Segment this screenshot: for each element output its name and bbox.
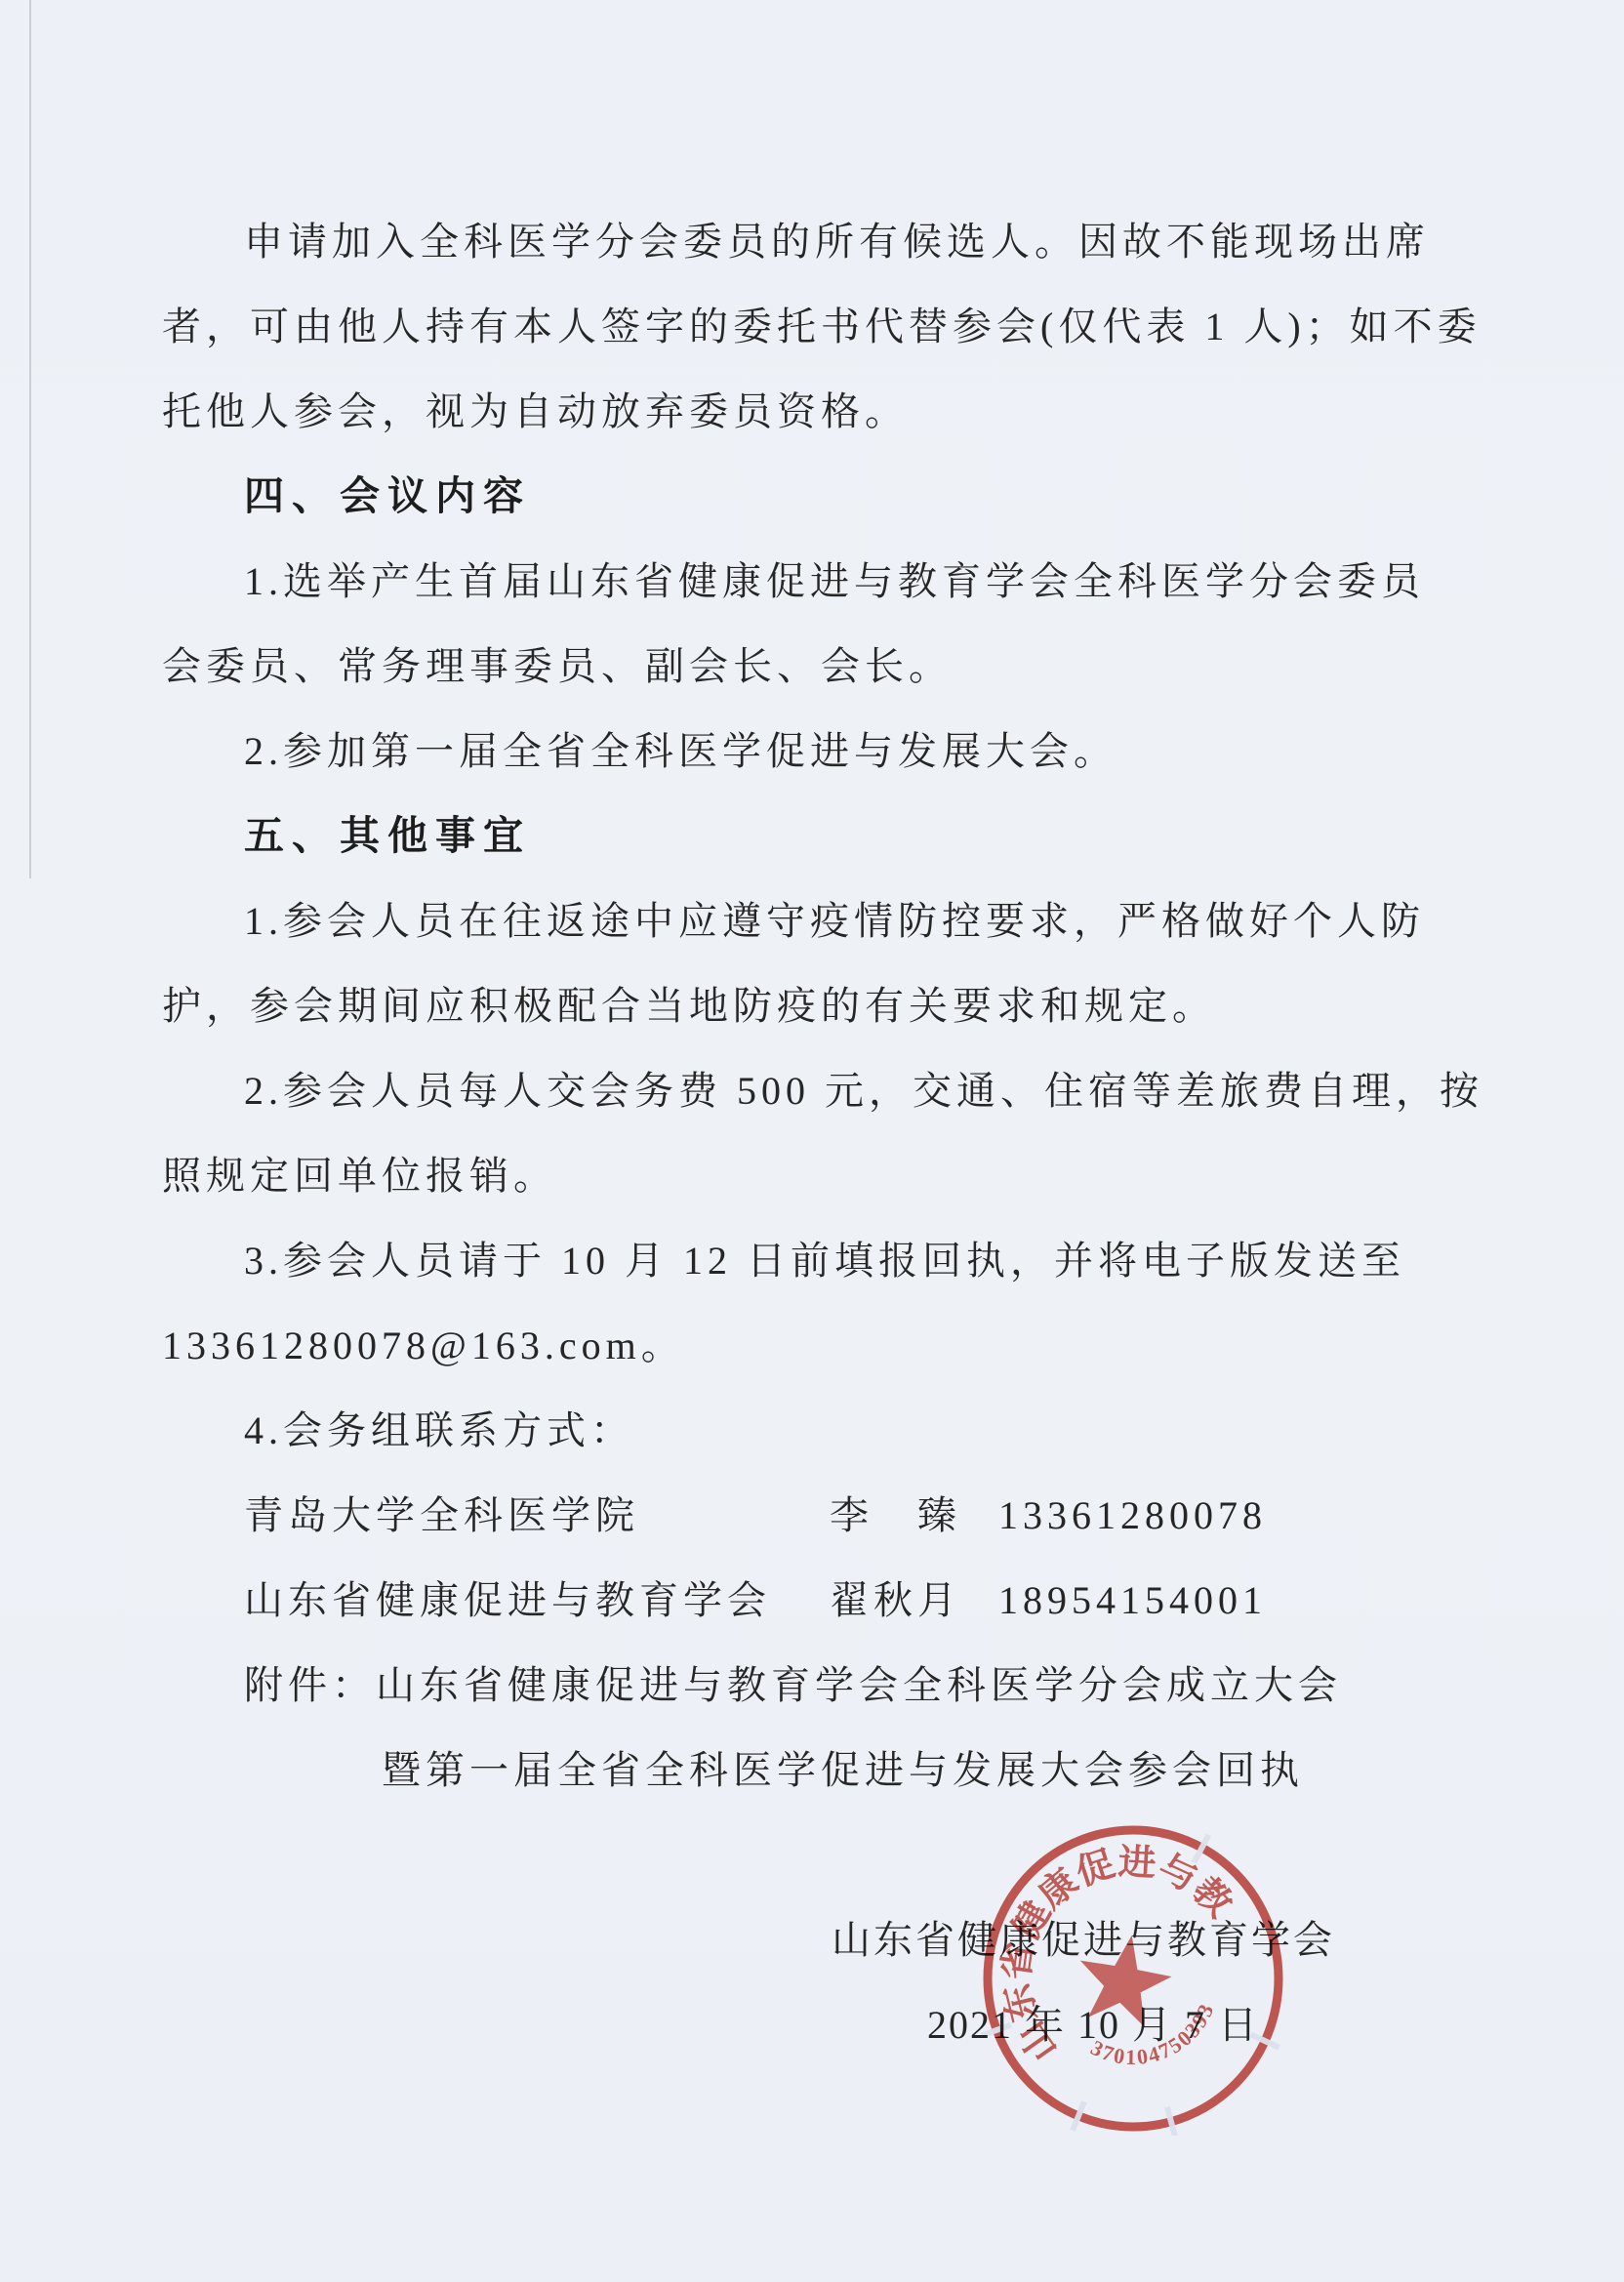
document-body: 申请加入全科医学分会委员的所有候选人。因故不能现场出席者，可由他人持有本人签字的…: [162, 199, 1519, 2067]
text-line: 4.会务组联系方式：: [162, 1388, 1519, 1473]
scan-edge-artifact: [29, 0, 31, 878]
text-line: 会委员、常务理事委员、副会长、会长。: [162, 624, 1519, 709]
contact-org: 青岛大学全科医学院: [244, 1473, 639, 1558]
text-line: 13361280078@163.com。: [162, 1303, 1519, 1388]
contact-org: 山东省健康促进与教育学会: [244, 1558, 771, 1643]
text-line: 者，可由他人持有本人签字的委托书代替参会(仅代表 1 人)；如不委: [162, 284, 1519, 369]
document-page: 申请加入全科医学分会委员的所有候选人。因故不能现场出席者，可由他人持有本人签字的…: [0, 0, 1624, 2282]
contact-name: 李 臻: [830, 1473, 961, 1558]
text-line: 3.参会人员请于 10 月 12 日前填报回执，并将电子版发送至: [162, 1218, 1519, 1303]
signature-date: 2021 年 10 月 7 日: [162, 1982, 1519, 2067]
text-line: 托他人参会，视为自动放弃委员资格。: [162, 369, 1519, 454]
text-line: 护，参会期间应积极配合当地防疫的有关要求和规定。: [162, 963, 1519, 1048]
text-line: 2.参加第一届全省全科医学促进与发展大会。: [162, 709, 1519, 794]
contact-phone: 18954154001: [998, 1558, 1267, 1643]
section-heading: 五、其他事宜: [162, 794, 1519, 878]
text-line: 2.参会人员每人交会务费 500 元，交通、住宿等差旅费自理，按: [162, 1048, 1519, 1133]
text-line: 照规定回单位报销。: [162, 1133, 1519, 1218]
contact-row: 青岛大学全科医学院李 臻13361280078: [162, 1473, 1519, 1558]
text-line: 申请加入全科医学分会委员的所有候选人。因故不能现场出席: [162, 199, 1519, 284]
text-line: [162, 1813, 1519, 1897]
text-line: 1.参会人员在往返途中应遵守疫情防控要求，严格做好个人防: [162, 878, 1519, 963]
text-line: 附件：山东省健康促进与教育学会全科医学分会成立大会: [162, 1643, 1519, 1728]
signature-org: 山东省健康促进与教育学会: [162, 1897, 1519, 1982]
section-heading: 四、会议内容: [162, 454, 1519, 539]
text-line: 1.选举产生首届山东省健康促进与教育学会全科医学分会委员: [162, 539, 1519, 624]
contact-phone: 13361280078: [998, 1473, 1267, 1558]
contact-row: 山东省健康促进与教育学会翟秋月18954154001: [162, 1558, 1519, 1643]
contact-name: 翟秋月: [830, 1558, 961, 1643]
text-line: 暨第一届全省全科医学促进与发展大会参会回执: [162, 1728, 1519, 1813]
